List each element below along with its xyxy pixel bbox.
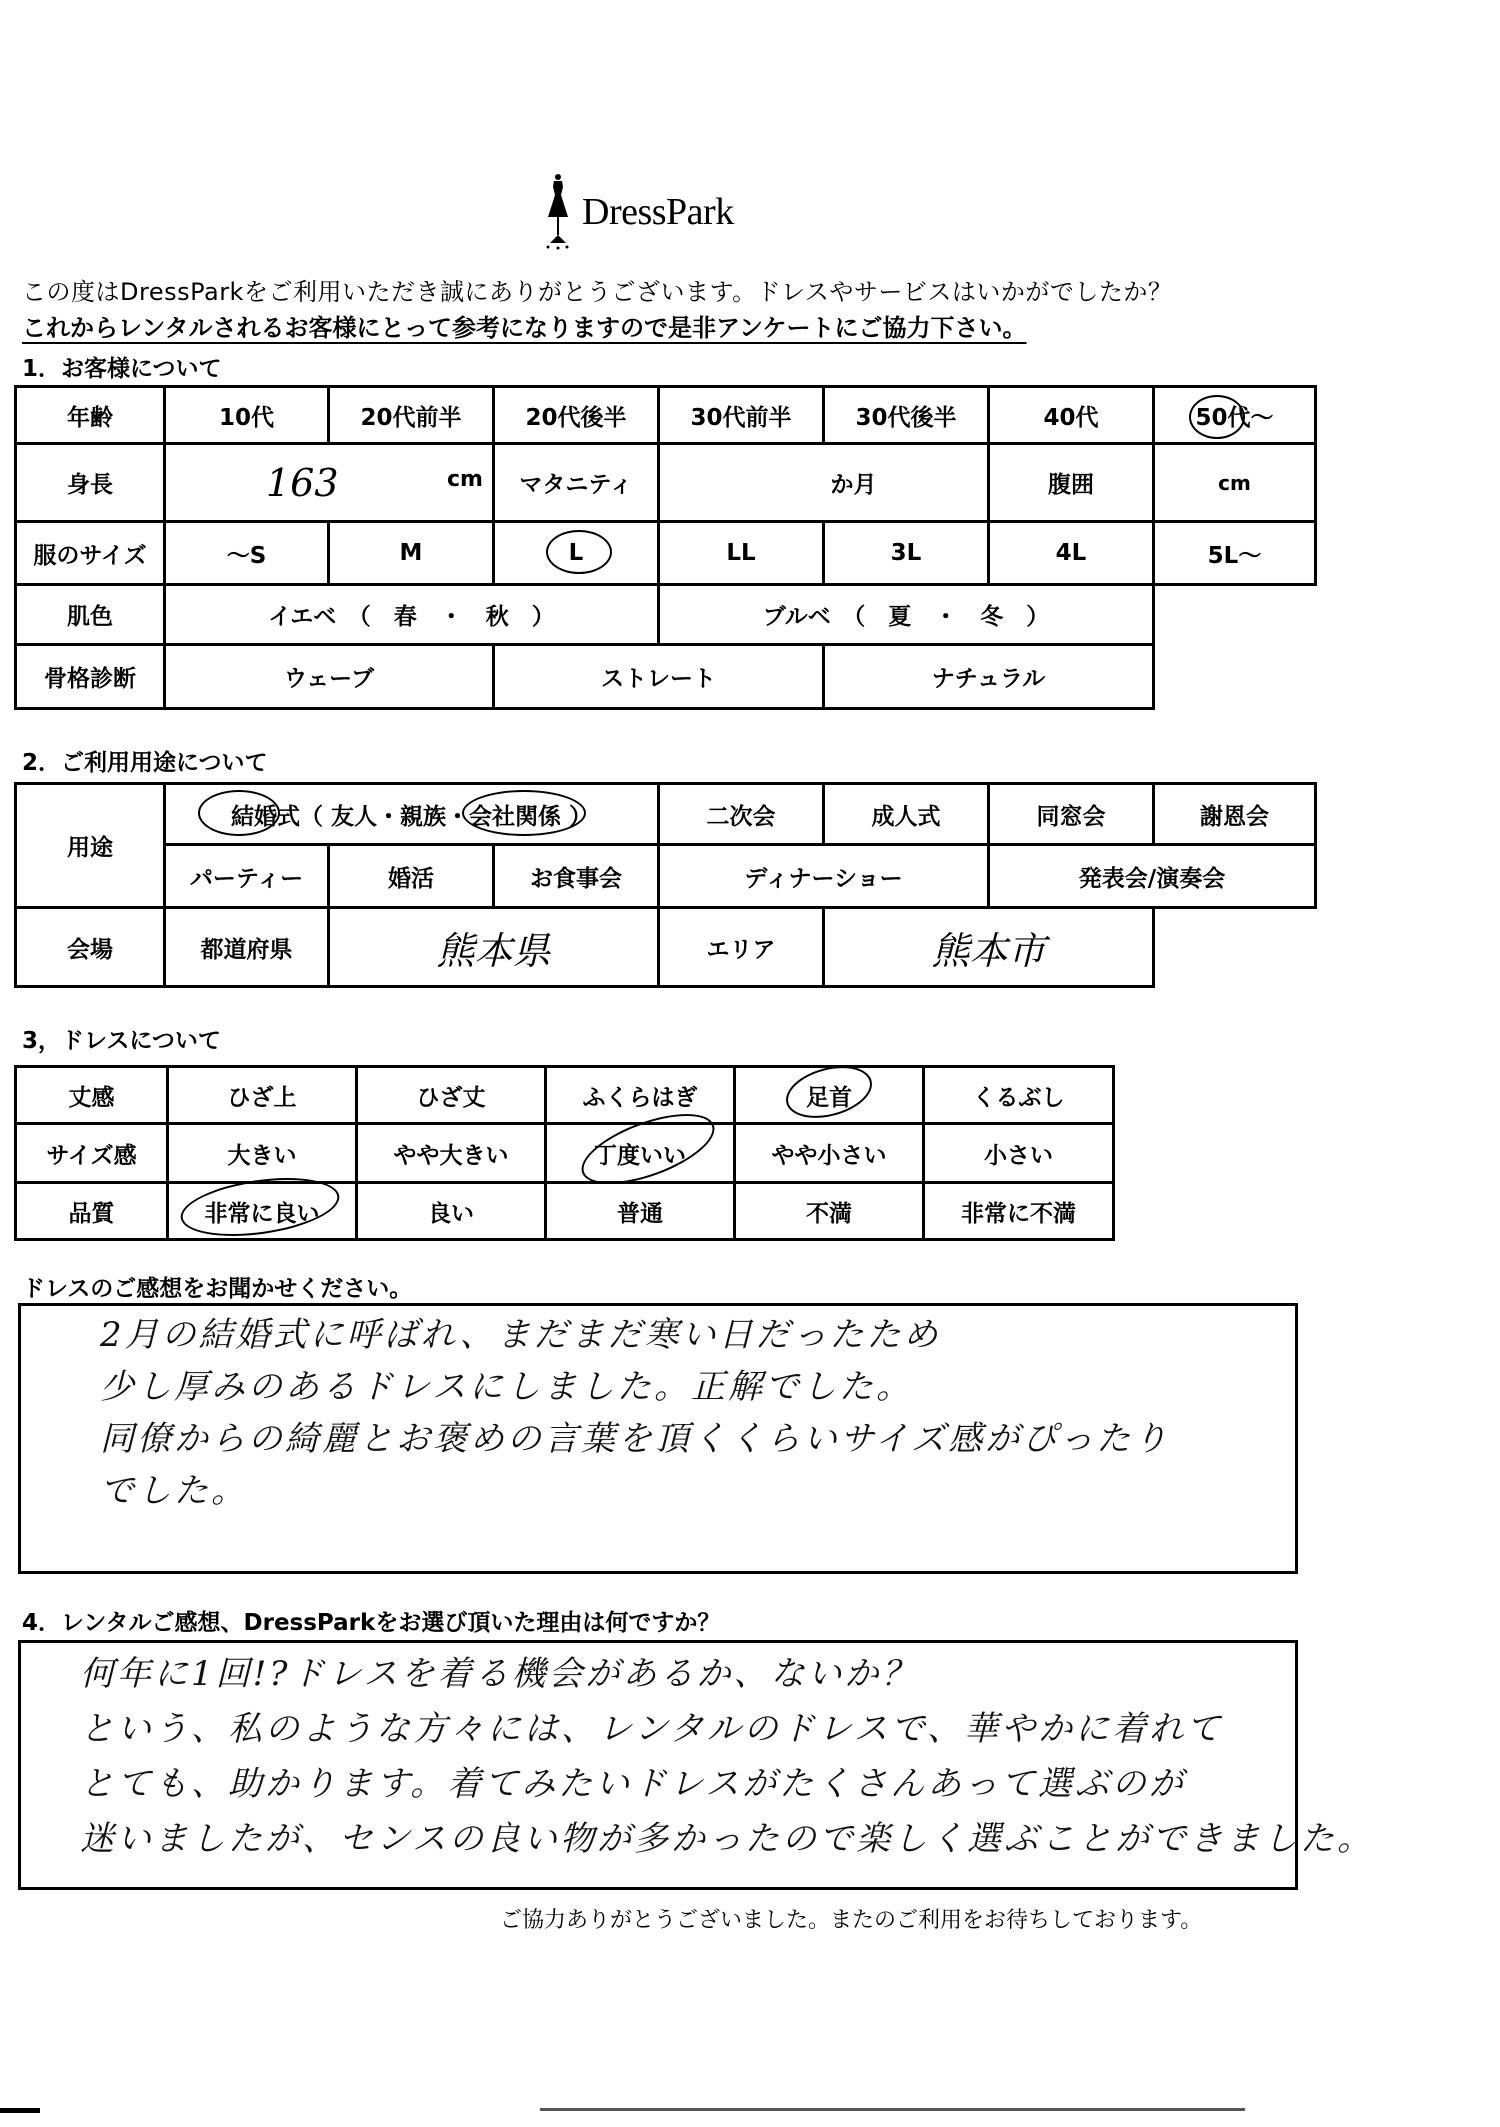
size-option-l[interactable]: L [492,520,660,586]
size-option-5l-plus[interactable]: 5L～ [1152,520,1317,586]
fit-option-just-right[interactable]: 丁度いい [544,1122,736,1184]
size-option-s[interactable]: ～S [163,520,330,586]
age-option-50s-plus[interactable]: 50代～ [1152,385,1317,445]
rental-comment-line-2: という、私のような方々には、レンタルのドレスで、華やかに着れて [80,1707,1223,1751]
dress-mannequin-icon [540,173,576,251]
dress-comment-line-3: 同僚からの綺麗とお褒めの言葉を頂くくらいサイズ感がぴったり [100,1417,1170,1461]
height-value[interactable]: 163 [163,442,495,523]
maternity-months[interactable]: か月 [657,442,990,523]
length-option-above-knee[interactable]: ひざ上 [166,1065,358,1125]
scan-corner-mark [0,2108,40,2113]
purpose-option-dinner[interactable]: お食事会 [492,843,660,909]
scan-bottom-line [540,2108,1245,2111]
length-option-knee[interactable]: ひざ丈 [355,1065,547,1125]
size-option-3l[interactable]: 3L [822,520,990,586]
fit-option-large[interactable]: 大きい [166,1122,358,1184]
size-option-ll[interactable]: LL [657,520,825,586]
purpose-option-afterparty[interactable]: 二次会 [657,782,825,846]
section3-title: 3，ドレスについて [22,1022,221,1055]
maternity-label: マタニティ [492,442,660,523]
section4-title: 4．レンタルご感想、DressParkをお選び頂いた理由は何ですか？ [22,1604,720,1637]
age-option-late-20s[interactable]: 20代後半 [492,385,660,445]
length-option-calf[interactable]: ふくらはぎ [544,1065,736,1125]
quality-label: 品質 [14,1181,169,1241]
length-option-anklebone[interactable]: くるぶし [922,1065,1115,1125]
fit-label: サイズ感 [14,1122,169,1184]
age-option-40s[interactable]: 40代 [987,385,1155,445]
section1-title: 1．お客様について [22,350,222,383]
area-value[interactable]: 熊本市 [822,906,1155,988]
size-option-4l[interactable]: 4L [987,520,1155,586]
purpose-option-wedding[interactable]: 結婚式（ 友人・親族・会社関係 ） [163,782,660,846]
age-option-early-20s[interactable]: 20代前半 [327,385,495,445]
frame-label: 骨格診断 [14,643,166,710]
quality-option-very-good[interactable]: 非常に良い [166,1181,358,1241]
purpose-option-party[interactable]: パーティー [163,843,330,909]
age-option-late-30s[interactable]: 30代後半 [822,385,990,445]
frame-option-natural[interactable]: ナチュラル [822,643,1155,710]
skin-option-yellow-base[interactable]: イエベ （ 春 ・ 秋 ） [163,583,660,646]
purpose-option-thanks-party[interactable]: 謝恩会 [1152,782,1317,846]
intro-greeting: この度はDressParkをご利用いただき誠にありがとうございます。ドレスやサー… [22,272,1172,307]
dress-comment-title: ドレスのご感想をお聞かせください。 [22,1270,412,1303]
rental-comment-line-3: とても、助かります。着てみたいドレスがたくさんあって選ぶのが [80,1762,1186,1806]
purpose-option-coming-of-age[interactable]: 成人式 [822,782,990,846]
age-option-early-30s[interactable]: 30代前半 [657,385,825,445]
section2-title: 2．ご利用用途について [22,744,268,777]
thanks-message: ご協力ありがとうございました。またのご利用をお待ちしております。 [500,1903,1202,1934]
quality-option-very-unsatisfied[interactable]: 非常に不満 [922,1181,1115,1241]
dress-comment-line-1: 2月の結婚式に呼ばれ、まだまだ寒い日だったため [100,1313,941,1357]
length-label: 丈感 [14,1065,169,1125]
prefecture-label: 都道府県 [163,906,330,988]
rental-comment-line-1: 何年に1回!?ドレスを着る機会があるか、ないか？ [80,1652,919,1696]
purpose-option-reunion[interactable]: 同窓会 [987,782,1155,846]
quality-option-unsatisfied[interactable]: 不満 [733,1181,925,1241]
rental-comment-line-4: 迷いましたが、センスの良い物が多かったので楽しく選ぶことができました。 [80,1817,1374,1861]
frame-option-straight[interactable]: ストレート [492,643,825,710]
logo-text: DressPark [582,190,734,234]
waist-value[interactable]: cm [1152,442,1317,523]
fit-option-slightly-large[interactable]: やや大きい [355,1122,547,1184]
frame-option-wave[interactable]: ウェーブ [163,643,495,710]
purpose-option-dinner-show[interactable]: ディナーショー [657,843,990,909]
dress-comment-line-2: 少し厚みのあるドレスにしました。正解でした。 [100,1365,913,1409]
purpose-option-konkatsu[interactable]: 婚活 [327,843,495,909]
waist-label: 腹囲 [987,442,1155,523]
dresspark-logo: DressPark [540,172,780,252]
purpose-option-recital[interactable]: 発表会/演奏会 [987,843,1317,909]
skin-option-blue-base[interactable]: ブルベ （ 夏 ・ 冬 ） [657,583,1155,646]
fit-option-slightly-small[interactable]: やや小さい [733,1122,925,1184]
age-label: 年齢 [14,385,166,445]
intro-request: これからレンタルされるお客様にとって参考になりますので是非アンケートにご協力下さ… [22,308,1027,343]
waist-unit: cm [1218,471,1251,495]
size-option-m[interactable]: M [327,520,495,586]
height-unit: cm [447,467,483,492]
purpose-label: 用途 [14,782,166,909]
quality-option-good[interactable]: 良い [355,1181,547,1241]
length-option-ankle[interactable]: 足首 [733,1065,925,1125]
skin-label: 肌色 [14,583,166,646]
maternity-unit: か月 [831,466,877,499]
height-label: 身長 [14,442,166,523]
prefecture-value[interactable]: 熊本県 [327,906,660,988]
age-option-10s[interactable]: 10代 [163,385,330,445]
quality-option-average[interactable]: 普通 [544,1181,736,1241]
area-label: エリア [657,906,825,988]
fit-option-small[interactable]: 小さい [922,1122,1115,1184]
dress-comment-line-4: でした。 [100,1469,248,1513]
venue-label: 会場 [14,906,166,988]
size-label: 服のサイズ [14,520,166,586]
